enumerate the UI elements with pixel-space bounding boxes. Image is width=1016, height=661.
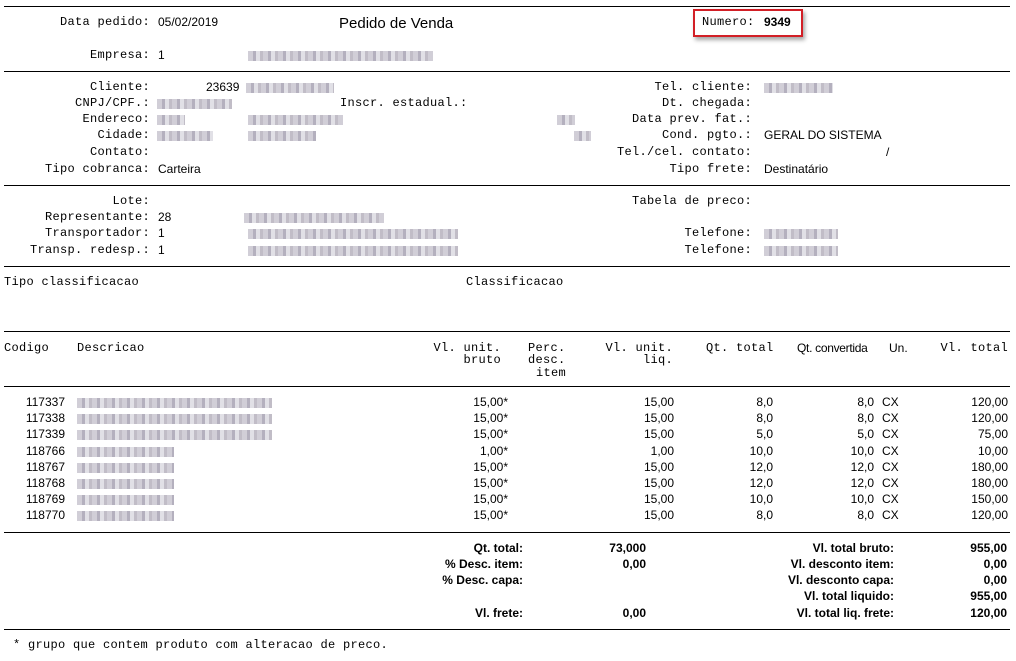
data-pedido-value: 05/02/2019 — [158, 15, 218, 29]
cell-vl-total: 180,00 — [920, 460, 1008, 474]
redacted-telefone-1 — [764, 229, 838, 239]
tel-cel-contato-label: Tel./cel. contato: — [600, 145, 752, 159]
redacted-empresa-name — [248, 51, 433, 61]
col-un: Un. — [889, 341, 908, 355]
divider — [4, 71, 1010, 72]
redacted-descricao — [77, 495, 174, 505]
cell-qt-total: 12,0 — [700, 460, 773, 474]
transp-redesp-value: 1 — [158, 243, 165, 257]
desc-item-value: 0,00 — [560, 557, 646, 571]
divider — [4, 629, 1010, 630]
cell-vl-unit-bruto: 15,00* — [400, 395, 508, 409]
page-title: Pedido de Venda — [339, 15, 453, 32]
tabela-preco-label: Tabela de preco: — [600, 194, 752, 208]
contato-label: Contato: — [10, 145, 150, 159]
vl-desconto-capa-label: Vl. desconto capa: — [700, 573, 894, 587]
redacted-endereco-1 — [157, 115, 185, 125]
empresa-value: 1 — [158, 48, 165, 62]
cell-qt-convertida: 8,0 — [800, 411, 874, 425]
lote-label: Lote: — [10, 194, 150, 208]
cell-qt-total: 8,0 — [700, 411, 773, 425]
cell-qt-convertida: 10,0 — [800, 444, 874, 458]
col-perc-desc-2: desc. — [528, 353, 566, 367]
cell-qt-total: 10,0 — [700, 444, 773, 458]
redacted-endereco-3 — [557, 115, 575, 125]
divider — [4, 185, 1010, 186]
col-qt-total: Qt. total — [706, 341, 774, 355]
col-perc-desc-3: item — [536, 366, 566, 380]
cell-codigo: 118769 — [10, 492, 65, 506]
cell-qt-convertida: 12,0 — [800, 460, 874, 474]
divider — [4, 331, 1010, 332]
vl-desconto-capa-value: 0,00 — [920, 573, 1007, 587]
cell-codigo: 117337 — [10, 395, 65, 409]
col-descricao: Descricao — [77, 341, 145, 355]
redacted-cliente-name — [246, 83, 334, 93]
cell-vl-total: 150,00 — [920, 492, 1008, 506]
dt-chegada-label: Dt. chegada: — [600, 96, 752, 110]
cell-vl-unit-bruto: 15,00* — [400, 476, 508, 490]
vl-total-bruto-label: Vl. total bruto: — [700, 541, 894, 555]
cell-vl-unit-bruto: 15,00* — [400, 508, 508, 522]
qt-total-label: Qt. total: — [380, 541, 523, 555]
cidade-label: Cidade: — [10, 128, 150, 142]
cell-qt-total: 12,0 — [700, 476, 773, 490]
cell-un: CX — [882, 476, 912, 490]
vl-desconto-item-value: 0,00 — [920, 557, 1007, 571]
redacted-telefone-2 — [764, 246, 838, 256]
cell-vl-total: 120,00 — [920, 411, 1008, 425]
data-pedido-label: Data pedido: — [20, 15, 150, 29]
vl-total-liq-frete-label: Vl. total liq. frete: — [700, 606, 894, 620]
cell-codigo: 118766 — [10, 444, 65, 458]
redacted-descricao — [77, 447, 174, 457]
cell-vl-unit-bruto: 15,00* — [400, 492, 508, 506]
tipo-frete-label: Tipo frete: — [600, 162, 752, 176]
representante-label: Representante: — [10, 210, 150, 224]
empresa-label: Empresa: — [20, 48, 150, 62]
col-vl-unit-liq-2: liq. — [580, 353, 673, 367]
cell-un: CX — [882, 395, 912, 409]
data-prev-fat-label: Data prev. fat.: — [600, 112, 752, 126]
cell-vl-unit-bruto: 1,00* — [400, 444, 508, 458]
cond-pgto-label: Cond. pgto.: — [600, 128, 752, 142]
cell-qt-convertida: 5,0 — [800, 427, 874, 441]
vl-desconto-item-label: Vl. desconto item: — [700, 557, 894, 571]
tipo-cobranca-value: Carteira — [158, 162, 201, 176]
redacted-uf — [574, 131, 591, 141]
vl-total-liq-frete-value: 120,00 — [920, 606, 1007, 620]
cell-vl-total: 10,00 — [920, 444, 1008, 458]
cell-codigo: 118768 — [10, 476, 65, 490]
divider — [4, 532, 1010, 533]
vl-frete-value: 0,00 — [560, 606, 646, 620]
cell-vl-unit-liq: 15,00 — [580, 508, 674, 522]
redacted-tel-cliente — [764, 83, 833, 93]
cell-un: CX — [882, 460, 912, 474]
cell-un: CX — [882, 444, 912, 458]
cnpj-label: CNPJ/CPF.: — [10, 96, 150, 110]
cell-qt-total: 8,0 — [700, 508, 773, 522]
cell-vl-unit-liq: 1,00 — [580, 444, 674, 458]
cell-un: CX — [882, 427, 912, 441]
transportador-label: Transportador: — [10, 226, 150, 240]
cell-qt-convertida: 8,0 — [800, 508, 874, 522]
cell-vl-unit-bruto: 15,00* — [400, 427, 508, 441]
cell-qt-convertida: 10,0 — [800, 492, 874, 506]
divider — [4, 386, 1010, 387]
cliente-value: 23639 — [206, 80, 239, 94]
redacted-descricao — [77, 430, 272, 440]
tel-cliente-label: Tel. cliente: — [600, 80, 752, 94]
redacted-cidade-2 — [248, 131, 316, 141]
cell-codigo: 118770 — [10, 508, 65, 522]
footer-note: * grupo que contem produto com alteracao… — [13, 638, 388, 652]
cell-qt-total: 5,0 — [700, 427, 773, 441]
cell-codigo: 117338 — [10, 411, 65, 425]
qt-total-value: 73,000 — [560, 541, 646, 555]
redacted-cidade-1 — [157, 131, 213, 141]
cell-vl-unit-bruto: 15,00* — [400, 460, 508, 474]
telefone-label: Telefone: — [600, 226, 752, 240]
tipo-classificacao-label: Tipo classificacao — [4, 275, 139, 289]
cell-vl-unit-liq: 15,00 — [580, 476, 674, 490]
col-qt-convertida: Qt. convertida — [797, 341, 868, 355]
redacted-cnpj — [157, 99, 232, 109]
classificacao-label: Classificacao — [466, 275, 564, 289]
cell-un: CX — [882, 411, 912, 425]
cliente-label: Cliente: — [10, 80, 150, 94]
cell-vl-total: 120,00 — [920, 508, 1008, 522]
vl-total-liquido-value: 955,00 — [920, 589, 1007, 603]
inscr-estadual-label: Inscr. estadual.: — [340, 96, 468, 110]
cell-un: CX — [882, 492, 912, 506]
cell-vl-unit-liq: 15,00 — [580, 427, 674, 441]
cell-vl-total: 120,00 — [920, 395, 1008, 409]
col-vl-total: Vl. total — [920, 341, 1008, 355]
redacted-endereco-2 — [248, 115, 343, 125]
cell-qt-convertida: 8,0 — [800, 395, 874, 409]
redacted-transp-redesp-name — [248, 246, 458, 256]
desc-capa-label: % Desc. capa: — [380, 573, 523, 587]
divider — [4, 266, 1010, 267]
cell-vl-total: 180,00 — [920, 476, 1008, 490]
redacted-descricao — [77, 511, 174, 521]
cell-qt-convertida: 12,0 — [800, 476, 874, 490]
endereco-label: Endereco: — [10, 112, 150, 126]
tipo-cobranca-label: Tipo cobranca: — [10, 162, 150, 176]
cell-vl-unit-liq: 15,00 — [580, 492, 674, 506]
desc-item-label: % Desc. item: — [380, 557, 523, 571]
cell-vl-unit-bruto: 15,00* — [400, 411, 508, 425]
vl-total-liquido-label: Vl. total liquido: — [700, 589, 894, 603]
redacted-representante-name — [244, 213, 384, 223]
cell-qt-total: 10,0 — [700, 492, 773, 506]
representante-value: 28 — [158, 210, 171, 224]
cond-pgto-value: GERAL DO SISTEMA — [764, 128, 882, 142]
cell-vl-total: 75,00 — [920, 427, 1008, 441]
cell-vl-unit-liq: 15,00 — [580, 460, 674, 474]
transportador-value: 1 — [158, 226, 165, 240]
redacted-transportador-name — [248, 229, 458, 239]
telefone-label: Telefone: — [600, 243, 752, 257]
col-vl-unit-bruto-2: bruto — [400, 353, 501, 367]
vl-frete-label: Vl. frete: — [380, 606, 523, 620]
divider — [4, 6, 1010, 7]
col-codigo: Codigo — [4, 341, 49, 355]
tipo-frete-value: Destinatário — [764, 162, 828, 176]
numero-value: 9349 — [764, 15, 791, 29]
redacted-descricao — [77, 463, 174, 473]
cell-codigo: 117339 — [10, 427, 65, 441]
cell-un: CX — [882, 508, 912, 522]
cell-vl-unit-liq: 15,00 — [580, 411, 674, 425]
redacted-descricao — [77, 398, 272, 408]
redacted-descricao — [77, 479, 174, 489]
vl-total-bruto-value: 955,00 — [920, 541, 1007, 555]
cell-codigo: 118767 — [10, 460, 65, 474]
numero-label: Numero: — [702, 15, 755, 29]
cell-vl-unit-liq: 15,00 — [580, 395, 674, 409]
redacted-descricao — [77, 414, 272, 424]
tel-cel-contato-value: / — [886, 145, 889, 159]
transp-redesp-label: Transp. redesp.: — [10, 243, 150, 257]
cell-qt-total: 8,0 — [700, 395, 773, 409]
